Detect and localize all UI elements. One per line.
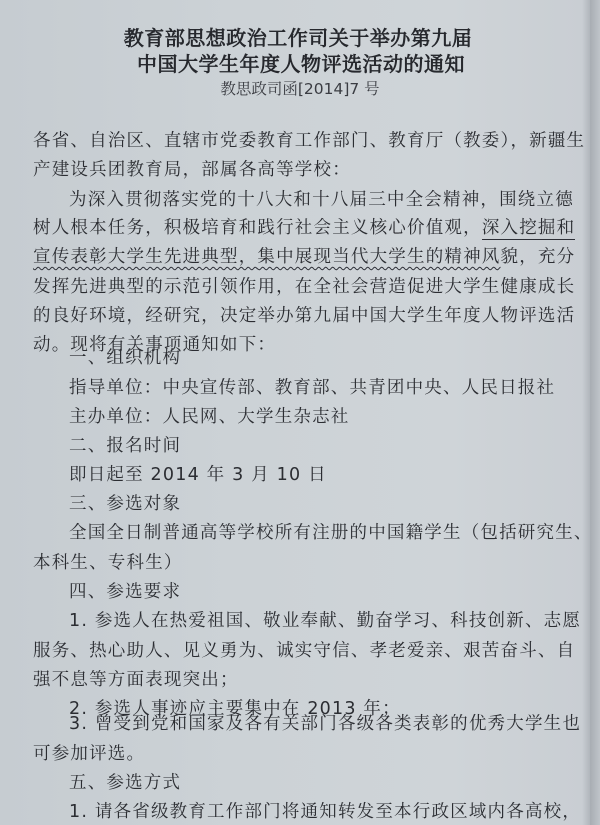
document-page: 教育部思想政治工作司关于举办第九届 中国大学生年度人物评选活动的通知 教思政司函… bbox=[0, 0, 600, 825]
intro-line-2-text: 树人根本任务，积极培育和践行社会主义核心价值观， bbox=[33, 218, 482, 238]
requirement-3-line-1: 3. 曾受到党和国家及各有关部门各级各类表彰的优秀大学生也 bbox=[69, 710, 581, 735]
intro-line-4: 发挥先进典型的示范引领作用，在全社会营造促进大学生健康成长 bbox=[33, 273, 575, 298]
section-4-heading: 四、参选要求 bbox=[69, 578, 181, 603]
page-edge-shadow bbox=[590, 0, 600, 825]
section-2-heading: 二、报名时间 bbox=[69, 432, 181, 457]
eligibility-line-2: 本科生、专科生） bbox=[33, 549, 183, 574]
host-units: 主办单位：人民网、大学生杂志社 bbox=[69, 403, 350, 428]
intro-line-3-tail: 貌，充分 bbox=[501, 247, 576, 267]
intro-line-3: 宣传表彰大学生先进典型，集中展现当代大学生的精神风貌，充分 bbox=[33, 243, 575, 268]
document-title-line-2: 中国大学生年度人物评选活动的通知 bbox=[1, 48, 600, 77]
document-title-line-1: 教育部思想政治工作司关于举办第九届 bbox=[0, 22, 598, 51]
salutation-line-2: 产建设兵团教育局，部属各高等学校： bbox=[33, 156, 351, 181]
intro-line-2: 树人根本任务，积极培育和践行社会主义核心价值观，深入挖掘和 bbox=[33, 214, 575, 239]
handwritten-underline-1: 深入挖掘和 bbox=[482, 218, 576, 240]
section-5-heading: 五、参选方式 bbox=[69, 769, 181, 794]
handwritten-underline-3: 集中展现当代大学生的精神风 bbox=[257, 247, 500, 267]
eligibility-line-1: 全国全日制普通高等学校所有注册的中国籍学生（包括研究生、 bbox=[69, 519, 593, 544]
section-1-heading: 一、组织机构 bbox=[69, 344, 181, 369]
section-3-heading: 三、参选对象 bbox=[69, 490, 181, 515]
requirement-1-line-1: 1. 参选人在热爱祖国、敬业奉献、勤奋学习、科技创新、志愿 bbox=[69, 607, 581, 632]
document-number: 教思政司函[2014]7 号 bbox=[0, 77, 600, 99]
intro-line-1: 为深入贯彻落实党的十八大和十八届三中全会精神，围绕立德 bbox=[69, 186, 574, 211]
registration-deadline: 即日起至 2014 年 3 月 10 日 bbox=[69, 461, 327, 486]
guiding-units: 指导单位：中央宣传部、教育部、共青团中央、人民日报社 bbox=[69, 374, 555, 399]
requirement-1-line-3: 强不息等方面表现突出； bbox=[33, 666, 239, 691]
requirement-1-line-2: 服务、热心助人、见义勇为、诚实守信、孝老爱亲、艰苦奋斗、自 bbox=[33, 637, 575, 662]
requirement-3-line-2: 可参加评选。 bbox=[33, 740, 145, 765]
handwritten-underline-2: 宣传表彰大学生先进典型， bbox=[33, 247, 257, 267]
method-1-line-1: 1. 请各省级教育工作部门将通知转发至本行政区域内各高校， bbox=[69, 798, 581, 823]
salutation-line-1: 各省、自治区、直辖市党委教育工作部门、教育厅（教委），新疆生 bbox=[33, 127, 585, 152]
intro-line-5: 的良好环境，经研究，决定举办第九届中国大学生年度人物评选活 bbox=[33, 302, 575, 327]
